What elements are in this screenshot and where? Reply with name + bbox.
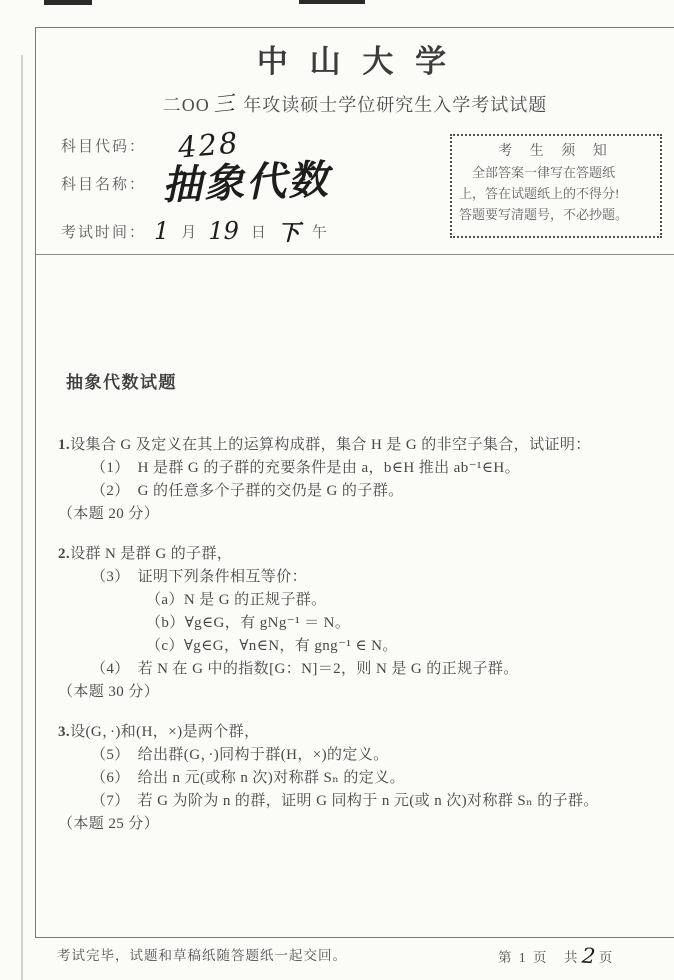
question-1-intro: 1.设集合 G 及定义在其上的运算构成群，集合 H 是 G 的非空子集合，试证明… [58, 434, 670, 457]
subject-name-row: 科目名称： 抽象代数 [61, 166, 330, 200]
question-2-item-3: （3） 证明下列条件相互等价： [58, 566, 670, 589]
question-1-points: （本题 20 分） [58, 503, 670, 526]
question-3-item-7: （7） 若 G 为阶为 n 的群，证明 G 同构于 n 元(或 n 次)对称群 … [58, 790, 670, 813]
page-number-suffix: 页 [599, 946, 615, 966]
subject-name-handwritten-value: 抽象代数 [161, 160, 330, 206]
question-1-item-2: （2） G 的任意多个子群的交仍是 G 的子群。 [58, 480, 670, 503]
header-divider-line [36, 254, 674, 255]
exam-time-row: 考试时间： 1 月 19 日 下 午 [61, 214, 331, 248]
notice-line: 上，答在试题纸上的不得分! [459, 183, 653, 204]
subject-code-label: 科目代码： [61, 135, 146, 156]
question-2-sub-a: （a）N 是 G 的正规子群。 [58, 589, 670, 612]
question-2-number: 2. [58, 546, 70, 562]
month-unit-label: 月 [181, 221, 196, 242]
exam-section-heading: 抽象代数试题 [66, 368, 670, 393]
candidate-notice-box: 考 生 须 知 全部答案一律写在答题纸 上，答在试题纸上的不得分! 答题要写清题… [450, 134, 662, 238]
exam-subtitle: 二OO三 年攻读硕士学位研究生入学考试试题 [36, 88, 674, 118]
question-3-intro: 3.设(G，·)和(H，×)是两个群， [58, 721, 670, 744]
notice-line: 全部答案一律写在答题纸 [459, 162, 653, 183]
question-3-number: 3. [58, 724, 70, 740]
question-2-sub-c: （c）∀g∈G，∀n∈N，有 gng⁻¹ ∈ N。 [58, 635, 670, 658]
question-2-intro: 2.设群 N 是群 G 的子群， [58, 543, 670, 566]
notice-line: 答题要写清题号，不必抄题。 [459, 204, 653, 225]
question-3-points: （本题 25 分） [58, 813, 670, 836]
question-3: 3.设(G，·)和(H，×)是两个群， （5） 给出群(G，·)同构于群(H，×… [58, 721, 670, 836]
notice-title: 考 生 须 知 [459, 141, 653, 162]
scan-artifact-mark [299, 0, 365, 4]
exam-time-label: 考试时间： [61, 221, 146, 242]
exam-day-handwritten-value: 19 [208, 217, 239, 245]
scan-artifact-mark [44, 0, 92, 5]
university-title: 中 山 大 学 [36, 36, 674, 81]
exam-content: 抽象代数试题 1.设集合 G 及定义在其上的运算构成群，集合 H 是 G 的非空… [58, 368, 670, 836]
exam-month-handwritten-value: 1 [154, 217, 169, 245]
question-3-item-6: （6） 给出 n 元(或称 n 次)对称群 Sₙ 的定义。 [58, 767, 670, 790]
subject-name-label: 科目名称： [61, 173, 146, 194]
subtitle-prefix: 二OO [163, 95, 210, 115]
handwritten-year: 三 [211, 87, 236, 119]
question-2-points: （本题 30 分） [58, 681, 670, 704]
page-number-prefix: 第 1 页 共 [498, 946, 580, 966]
page-total-handwritten: 2 [581, 943, 598, 968]
question-2-item-4: （4） 若 N 在 G 中的指数[G：N]＝2，则 N 是 G 的正规子群。 [58, 658, 670, 681]
question-2: 2.设群 N 是群 G 的子群， （3） 证明下列条件相互等价： （a）N 是 … [58, 543, 670, 704]
footer-instruction: 考试完毕，试题和草稿纸随答题纸一起交回。 [57, 944, 347, 964]
period-unit-label: 午 [312, 221, 327, 242]
exam-period-handwritten-value: 下 [278, 216, 300, 247]
day-unit-label: 日 [251, 221, 266, 242]
document-border-box: 中 山 大 学 二OO三 年攻读硕士学位研究生入学考试试题 科目代码： 428 … [35, 27, 674, 938]
scan-page-edge-line [21, 55, 23, 980]
question-1-number: 1. [58, 437, 70, 453]
question-2-sub-b: （b）∀g∈G，有 gNg⁻¹ ＝ N。 [58, 612, 670, 635]
subject-code-row: 科目代码： 428 [61, 128, 239, 162]
scanned-exam-paper: { "colors": { "paper": "#fbfbf8", "ink":… [0, 0, 674, 980]
question-1: 1.设集合 G 及定义在其上的运算构成群，集合 H 是 G 的非空子集合，试证明… [58, 434, 670, 526]
question-3-item-5: （5） 给出群(G，·)同构于群(H，×)的定义。 [58, 744, 670, 767]
footer-page-info: 第 1 页 共 2 页 [498, 944, 614, 968]
subtitle-suffix: 年攻读硕士学位研究生入学考试试题 [243, 95, 547, 115]
question-1-item-1: （1） H 是群 G 的子群的充要条件是由 a，b∈H 推出 ab⁻¹∈H。 [58, 457, 670, 480]
